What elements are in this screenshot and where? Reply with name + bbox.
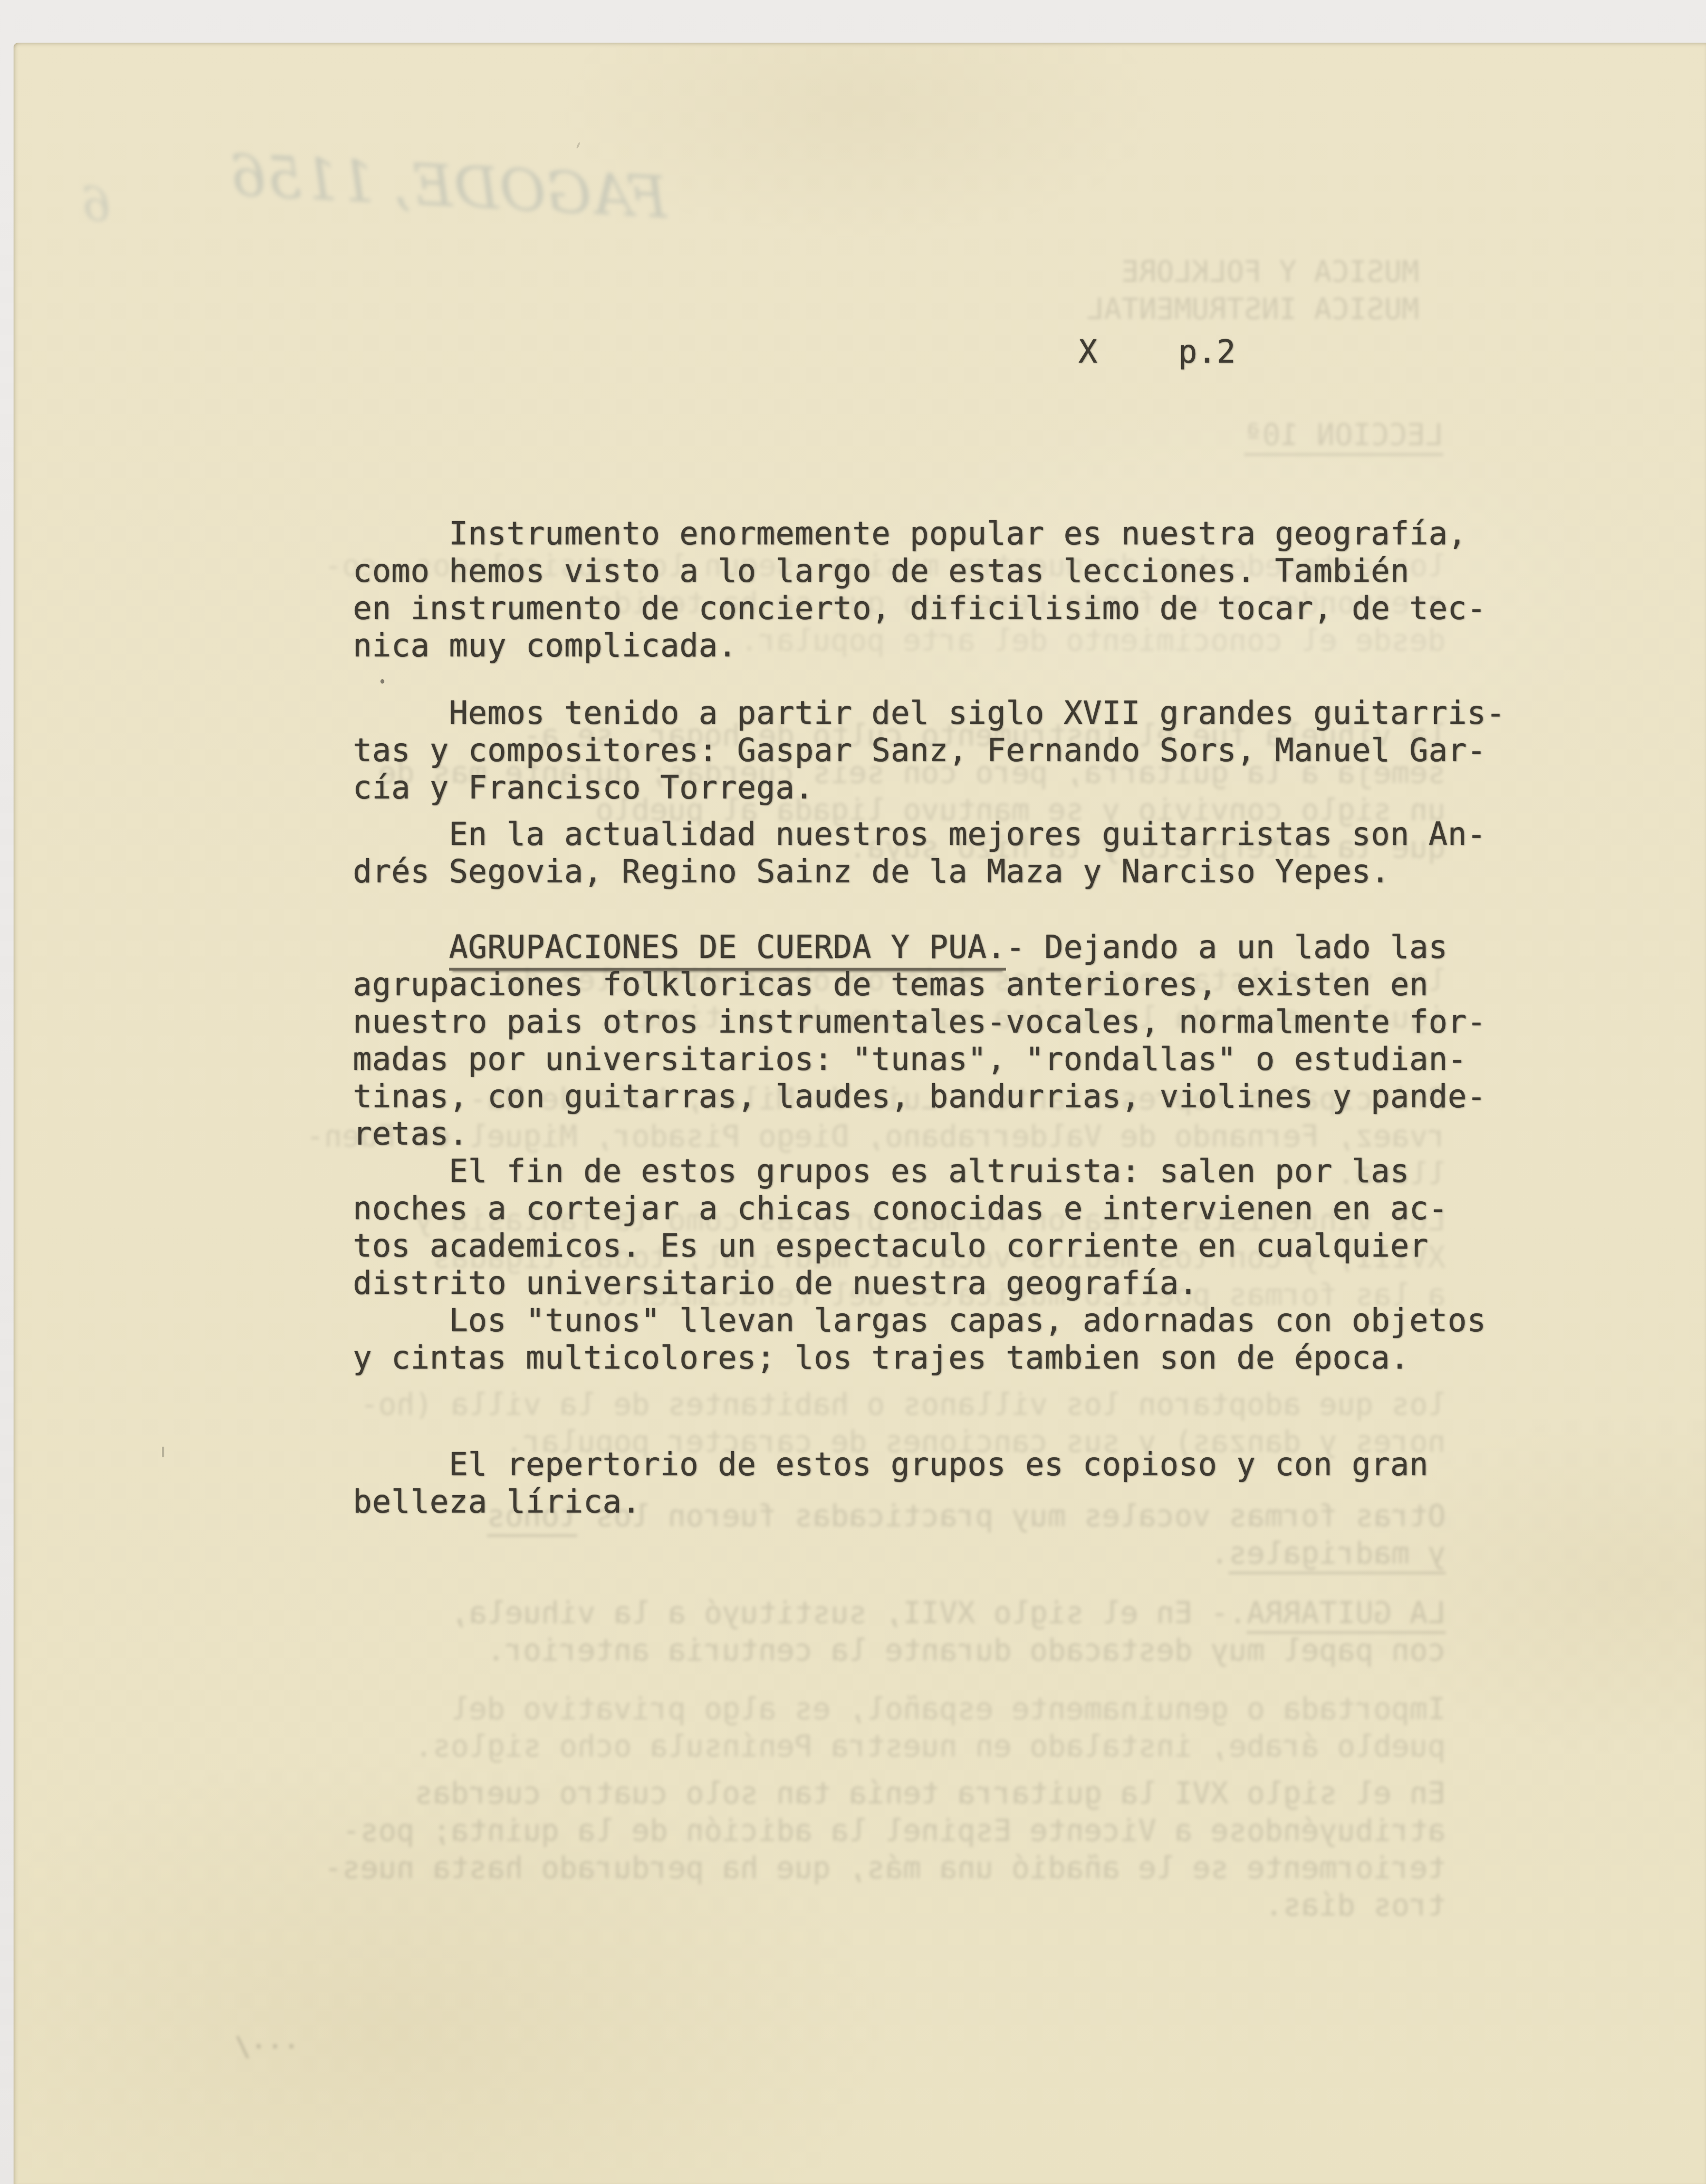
document-paper: FAGODE, 1156 6 MUSICA Y FOLKLOREMUSICA I… <box>14 43 1706 2184</box>
paper-speck <box>162 1447 164 1457</box>
paper-speck <box>576 142 580 149</box>
paper-speck-layer <box>14 43 1706 2184</box>
paper-speck <box>380 679 384 684</box>
